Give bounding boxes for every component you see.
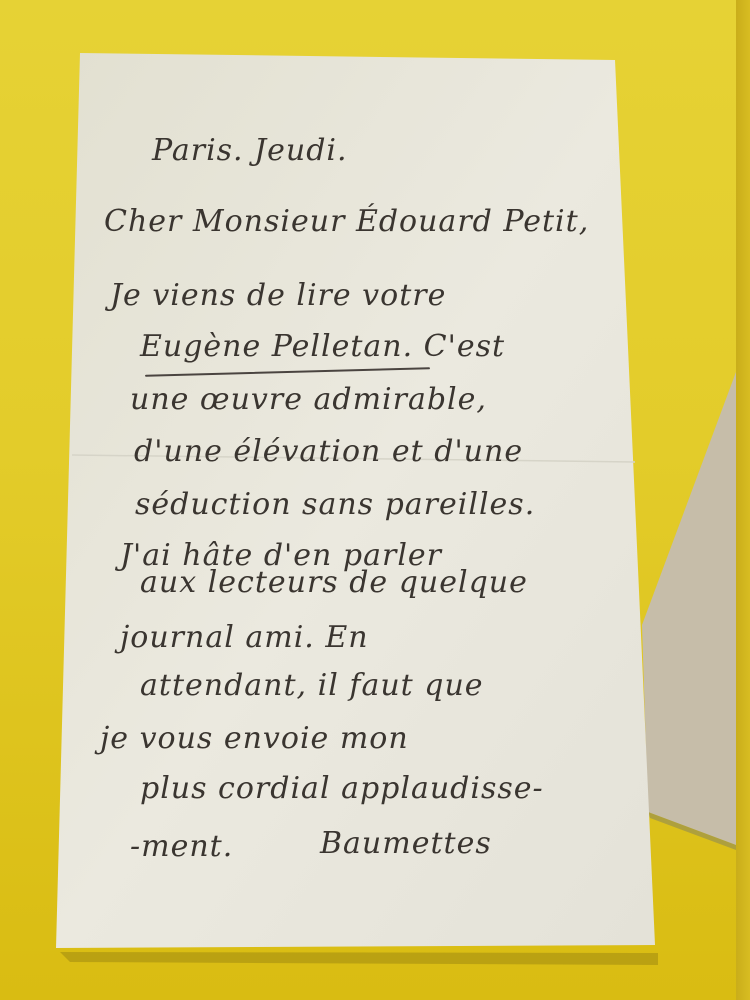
- letter-paper: [0, 0, 750, 1000]
